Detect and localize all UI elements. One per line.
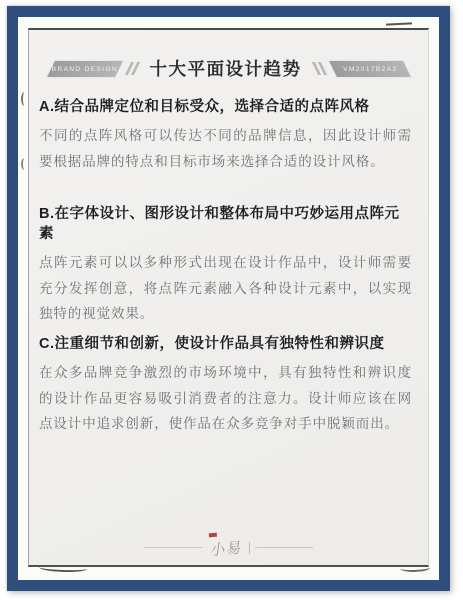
signature-text: 小易	[209, 535, 243, 561]
signature-seal-icon	[209, 533, 217, 537]
page-curl-bottom-left	[39, 563, 87, 573]
slash-decor-left	[128, 62, 137, 75]
section-a-body: 不同的点阵风格可以传达不同的品牌信息，因此设计师需要根据品牌的特点和目标市场来选…	[39, 123, 412, 174]
section-b-heading: B.在字体设计、图形设计和整体布局中巧妙运用点阵元素	[39, 204, 412, 244]
page: { "header": { "badge_left": "BRAND DESIG…	[0, 0, 463, 600]
code-badge-label: VM2017B2A3	[342, 65, 396, 72]
section-c-heading: C.注重细节和创新，使设计作品具有独特性和辨识度	[39, 334, 412, 354]
signature-line-left	[144, 547, 202, 548]
page-title: 十大平面设计趋势	[150, 56, 302, 81]
torn-edge-mark-1	[21, 92, 28, 106]
signature-line-right	[255, 547, 313, 548]
photo-frame: BRAND DESIGN 十大平面设计趋势 VM2017B2A3 A.结合品牌定…	[7, 6, 450, 591]
section-b: B.在字体设计、图形设计和整体布局中巧妙运用点阵元素 点阵元素可以以多种形式出现…	[39, 204, 412, 327]
signature-footer: 小易	[29, 536, 428, 559]
signature-name: 小易	[209, 539, 242, 560]
signature-tick	[249, 542, 250, 554]
section-a: A.结合品牌定位和目标受众，选择合适的点阵风格 不同的点阵风格可以传达不同的品牌…	[39, 97, 412, 174]
section-b-body: 点阵元素可以以多种形式出现在设计作品中，设计师需要充分发挥创意，将点阵元素融入各…	[39, 250, 412, 327]
section-c: C.注重细节和创新，使设计作品具有独特性和辨识度 在众多品牌竞争激烈的市场环境中…	[39, 334, 412, 437]
paper-card: BRAND DESIGN 十大平面设计趋势 VM2017B2A3 A.结合品牌定…	[28, 28, 429, 567]
slash-decor-right	[315, 62, 324, 75]
header: BRAND DESIGN 十大平面设计趋势 VM2017B2A3	[29, 56, 428, 81]
section-c-body: 在众多品牌竞争激烈的市场环境中，具有独特性和辨识度的设计作品更容易吸引消费者的注…	[39, 360, 412, 437]
brand-badge: BRAND DESIGN	[47, 61, 123, 77]
torn-edge-mark-2	[21, 158, 28, 170]
brand-badge-label: BRAND DESIGN	[51, 65, 117, 72]
section-a-heading: A.结合品牌定位和目标受众，选择合适的点阵风格	[39, 97, 412, 117]
code-badge: VM2017B2A3	[329, 61, 411, 77]
page-curl-bottom-right	[400, 563, 430, 573]
page-curl-top-right	[386, 22, 412, 25]
